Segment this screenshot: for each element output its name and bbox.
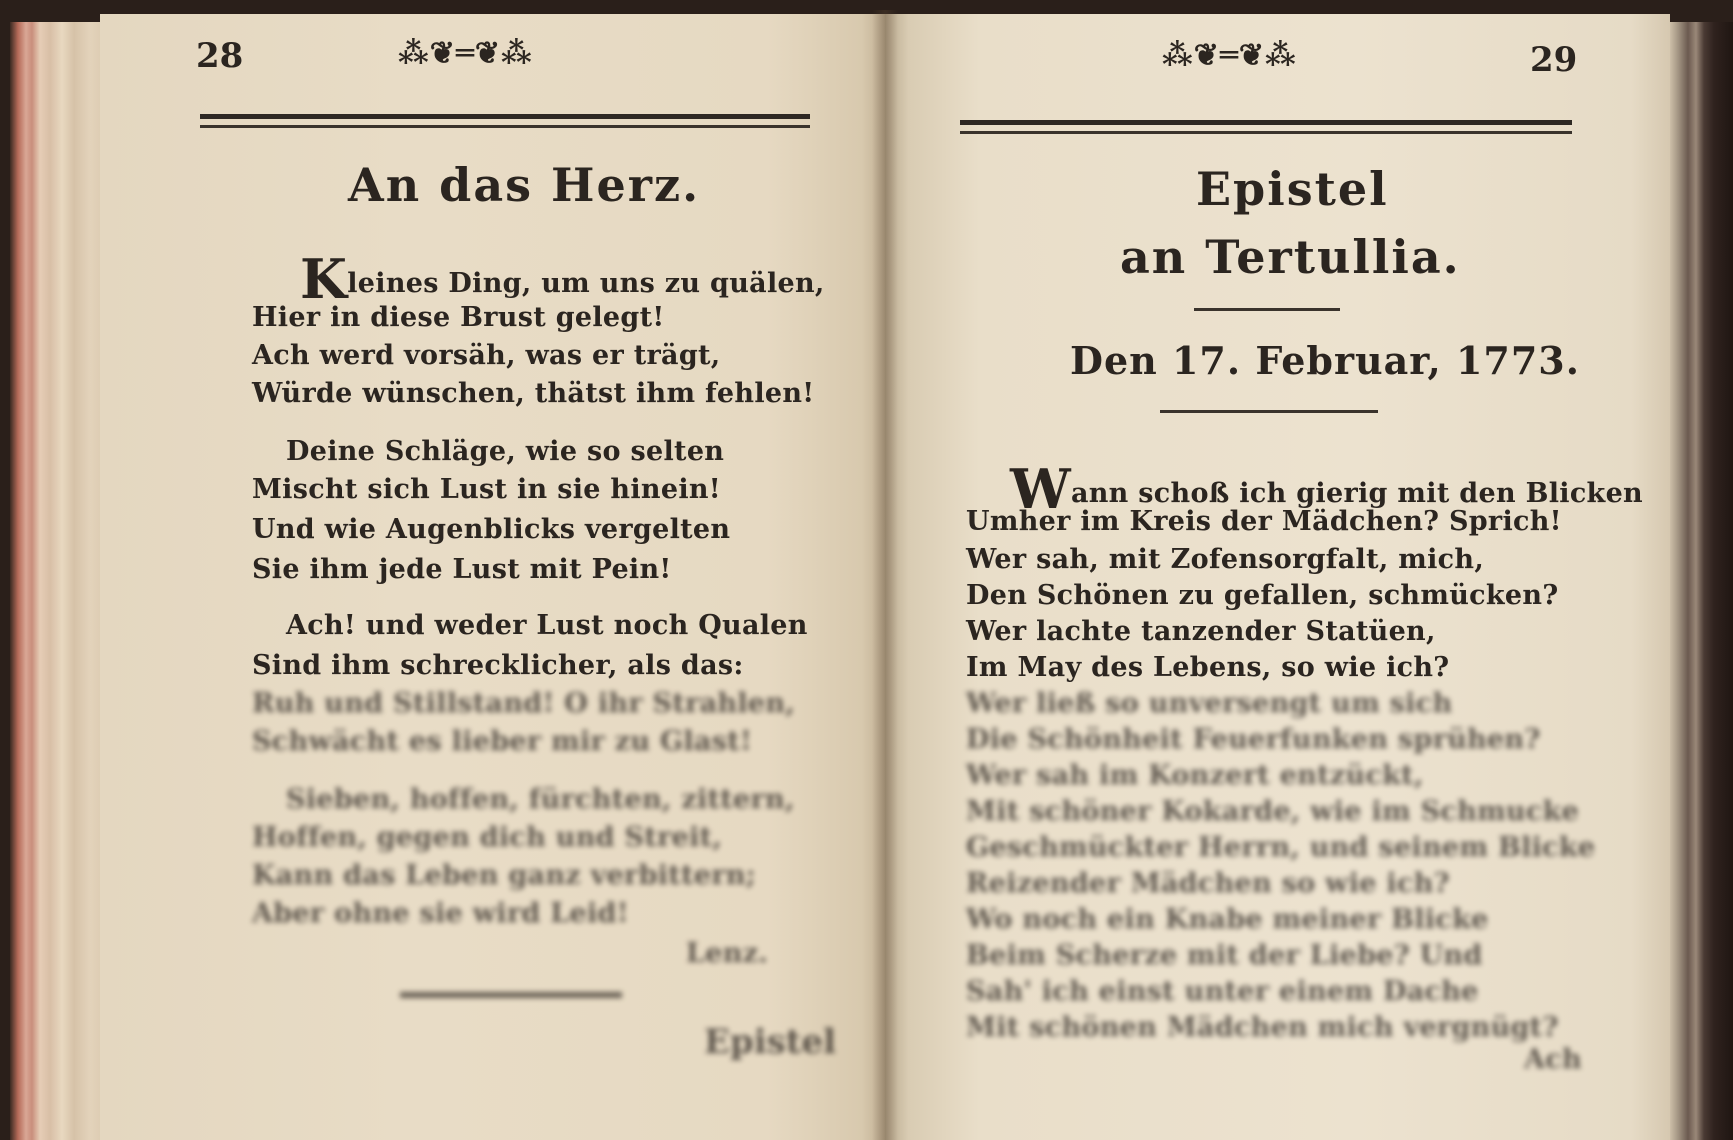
verse-line-obscured: Kann das Leben ganz verbittern;	[252, 860, 756, 891]
verse-line: Kleines Ding, um uns zu quälen,	[300, 252, 825, 306]
poem-signature: Lenz.	[686, 938, 768, 969]
header-rule-right	[960, 120, 1572, 134]
verse-line: Ach werd vorsäh, was er trägt,	[252, 340, 720, 371]
poem-title-right-line2: an Tertullia.	[1120, 230, 1461, 284]
verse-line-obscured: Wer ließ so unversengt um sich	[966, 688, 1452, 719]
page-number-right: 29	[1530, 40, 1577, 80]
header-ornament-left: ⁂❦═❦⁂	[398, 36, 533, 71]
verse-line: Deine Schläge, wie so selten	[286, 436, 724, 467]
left-page-edges	[10, 22, 110, 1140]
verse-line-obscured: Mit schönen Mädchen mich vergnügt?	[966, 1012, 1559, 1043]
verse-line-obscured: Geschmückter Herrn, und seinem Blicke	[966, 832, 1595, 863]
page-number-left: 28	[196, 36, 243, 76]
open-book: 28 ⁂❦═❦⁂ An das Herz. Kleines Ding, um u…	[0, 0, 1733, 1140]
poem-date: Den 17. Februar, 1773.	[1070, 338, 1580, 383]
header-rule-left	[200, 114, 810, 128]
end-rule-left	[400, 992, 622, 998]
verse-line: Den Schönen zu gefallen, schmücken?	[966, 580, 1558, 611]
verse-line: Und wie Augenblicks vergelten	[252, 514, 730, 545]
date-rule-right	[1160, 410, 1378, 413]
verse-line: Im May des Lebens, so wie ich?	[966, 652, 1449, 683]
verse-line-obscured: Mit schöner Kokarde, wie im Schmucke	[966, 796, 1579, 827]
verse-line-obscured: Wer sah im Konzert entzückt,	[966, 760, 1424, 791]
verse-line: Sie ihm jede Lust mit Pein!	[252, 554, 672, 585]
verse-line-obscured: Sieben, hoffen, fürchten, zittern,	[286, 784, 795, 815]
verse-line-obscured: Die Schönheit Feuerfunken sprühen?	[966, 724, 1540, 755]
verse-line: Wer lachte tanzender Statüen,	[966, 616, 1436, 647]
verse-line: Ach! und weder Lust noch Qualen	[286, 610, 808, 641]
verse-line: Würde wünschen, thätst ihm fehlen!	[252, 378, 814, 409]
verse-line: Mischt sich Lust in sie hinein!	[252, 474, 721, 505]
verse-line-obscured: Ruh und Stillstand! O ihr Strahlen,	[252, 688, 795, 719]
verse-line: Umher im Kreis der Mädchen? Sprich!	[966, 506, 1562, 537]
title-rule-right	[1194, 308, 1340, 311]
book-gutter	[872, 10, 898, 1140]
header-ornament-right: ⁂❦═❦⁂	[1162, 38, 1297, 73]
verse-line: Wer sah, mit Zofensorgfalt, mich,	[966, 544, 1484, 575]
verse-line-obscured: Sah' ich einst unter einem Dache	[966, 976, 1479, 1007]
verse-line-obscured: Beim Scherze mit der Liebe? Und	[966, 940, 1483, 971]
verse-line-obscured: Hoffen, gegen dich und Streit,	[252, 822, 722, 853]
poem-title-left: An das Herz.	[348, 158, 700, 212]
verse-line-obscured: Schwächt es lieber mir zu Glast!	[252, 726, 752, 757]
verse-line: Sind ihm schrecklicher, als das:	[252, 650, 744, 681]
catchword-left: Epistel	[704, 1022, 836, 1062]
right-page-edges	[1670, 22, 1733, 1140]
poem-title-right-line1: Epistel	[1196, 162, 1389, 216]
verse-line-obscured: Reizender Mädchen so wie ich?	[966, 868, 1450, 899]
verse-line-obscured: Aber ohne sie wird Leid!	[252, 898, 629, 929]
verse-line-obscured: Wo noch ein Knabe meiner Blicke	[966, 904, 1489, 935]
catchword-right: Ach	[1524, 1044, 1582, 1075]
verse-line: Hier in diese Brust gelegt!	[252, 302, 665, 333]
